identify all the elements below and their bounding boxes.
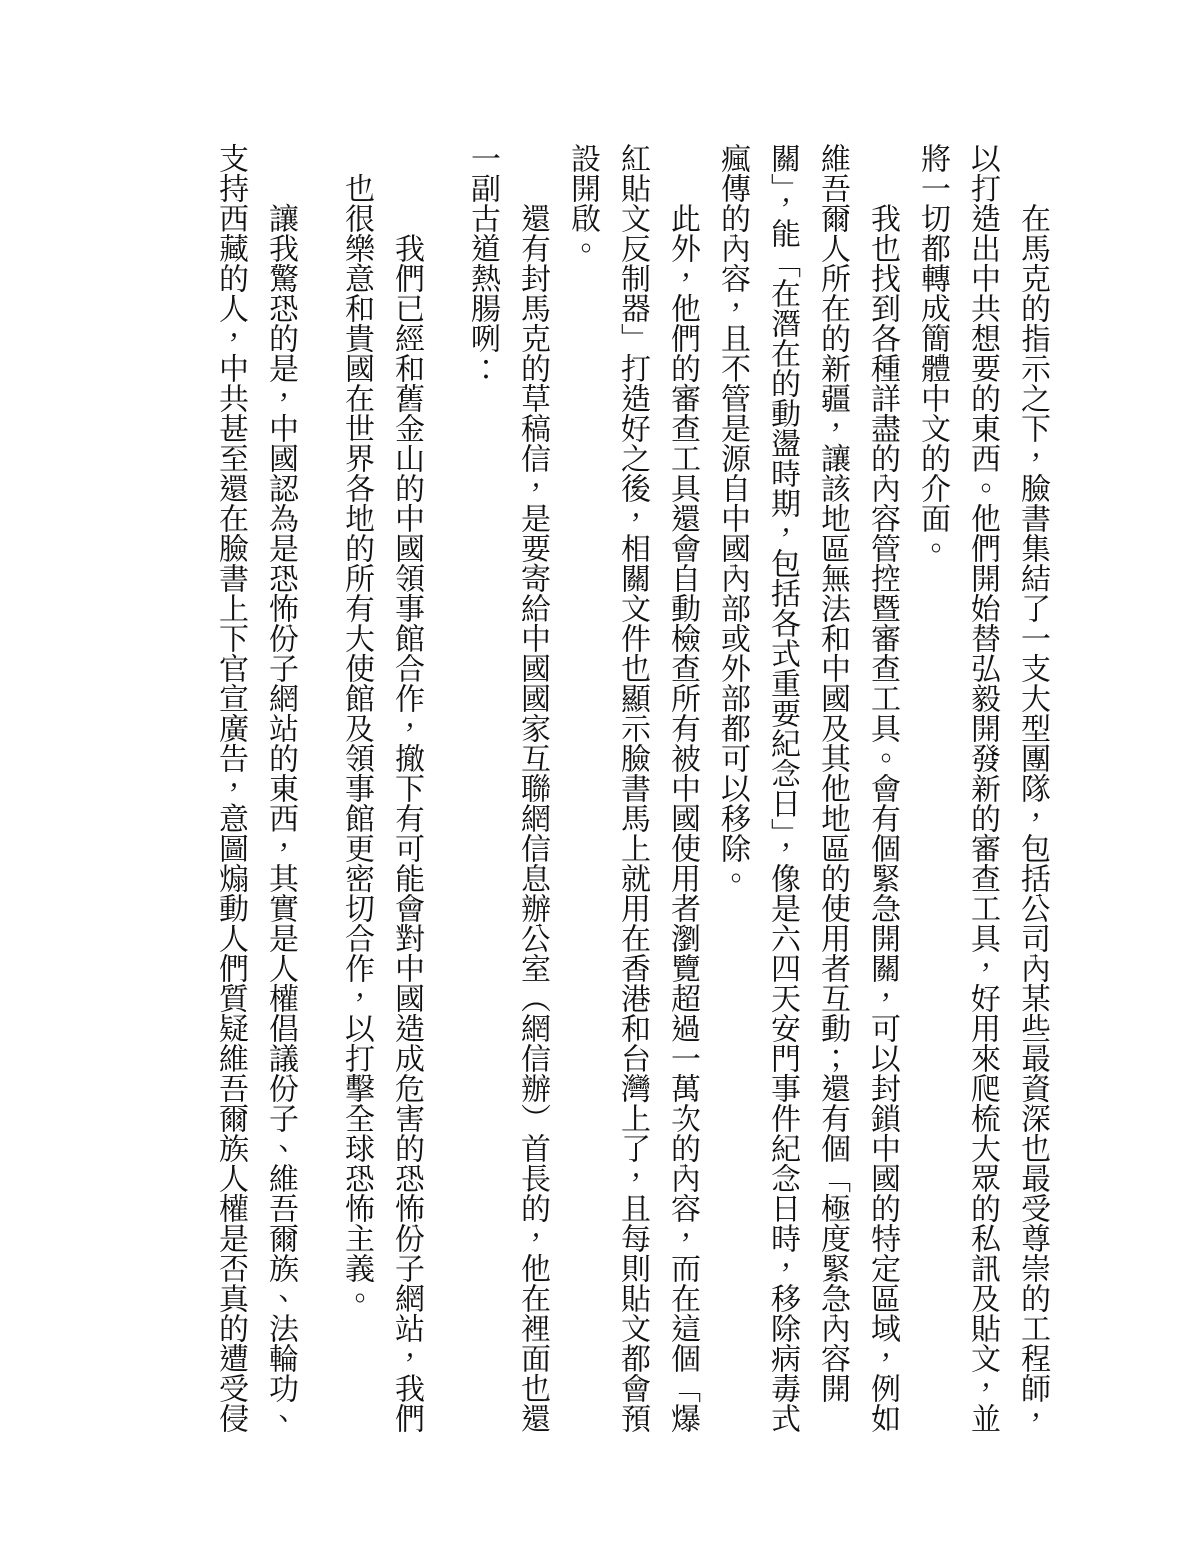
blockquote-letter-excerpt: 我們已經和舊金山的中國領事館合作，撤下有可能會對中國造成危害的恐怖份子網站，我們… bbox=[331, 143, 431, 1435]
paragraph-team-assembled: 在馬克的指示之下，臉書集結了一支大型團隊，包括公司內某些最資深也最受尊崇的工程師… bbox=[907, 143, 1057, 1435]
paragraph-draft-letter-intro: 還有封馬克的草稿信，是要寄給中國國家互聯網信息辦公室（網信辦）首長的，他在裡面也… bbox=[457, 143, 557, 1435]
article-text: 在馬克的指示之下，臉書集結了一支大型團隊，包括公司內某些最資深也最受尊崇的工程師… bbox=[205, 143, 1057, 1435]
paragraph-censorship-tools: 我也找到各種詳盡的內容管控暨審查工具。會有個緊急開關，可以封鎖中國的特定區域，例… bbox=[707, 143, 907, 1435]
paragraph-shocking-realization: 讓我驚恐的是，中國認為是恐怖份子網站的東西，其實是人權倡議份子、維吾爾族、法輪功… bbox=[205, 143, 305, 1435]
paragraph-viral-post-counter: 此外，他們的審查工具還會自動檢查所有被中國使用者瀏覽超過一萬次的內容，而在這個「… bbox=[557, 143, 707, 1435]
book-page: 在馬克的指示之下，臉書集結了一支大型團隊，包括公司內某些最資深也最受尊崇的工程師… bbox=[0, 0, 1200, 1554]
